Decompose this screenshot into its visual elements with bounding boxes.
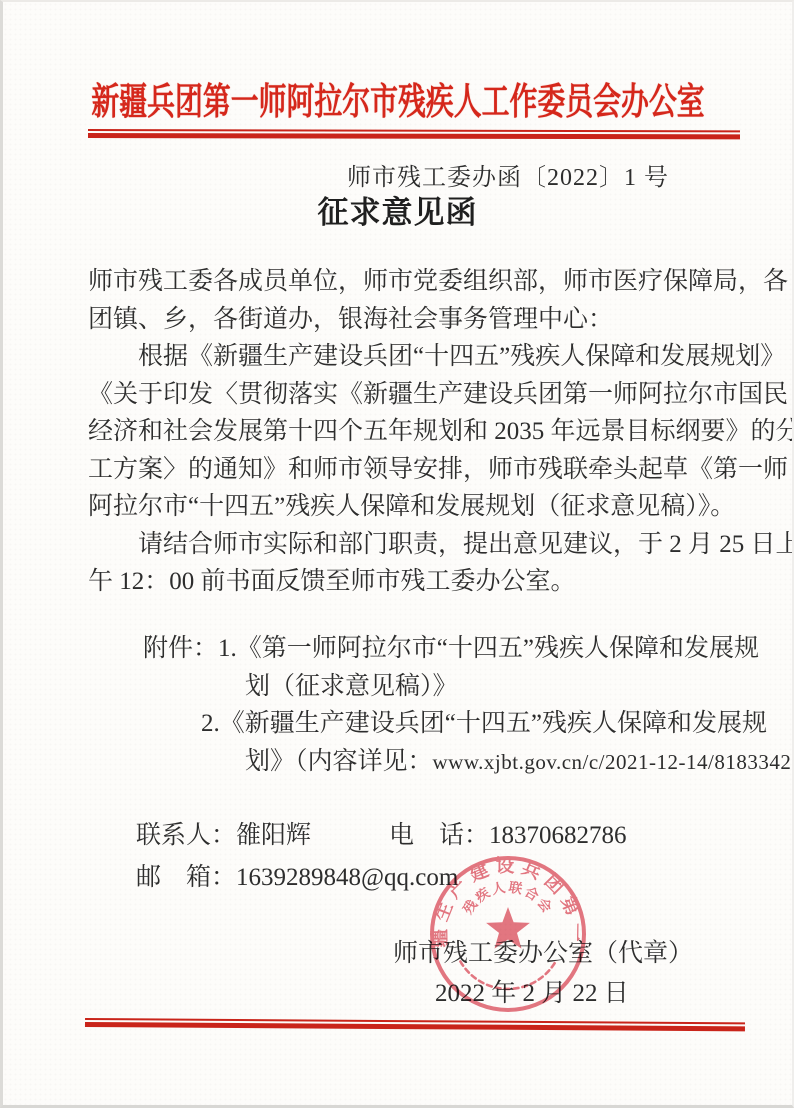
body-line: 阿拉尔市“十四五”残疾人保障和发展规划（征求意见稿）》。 — [88, 488, 748, 526]
contact-phone: 电 话：18370682786 — [389, 822, 627, 849]
signature-org: 师市残工委办公室（代章） — [393, 933, 693, 969]
contact-person: 联系人：雒阳辉 — [136, 822, 311, 849]
scanned-letter-page: 新疆兵团第一师阿拉尔市残疾人工作委员会办公室 师市残工委办函〔2022〕1 号 … — [0, 0, 794, 1108]
attachment-line: 划（征求意见稿）》 — [245, 668, 748, 706]
attachments-list: 附件：1.《第一师阿拉尔市“十四五”残疾人保障和发展规 划（征求意见稿）》 2.… — [88, 630, 748, 781]
header-rule-thick-line — [88, 133, 740, 139]
footer-rule — [85, 1018, 745, 1031]
body-line: 经济和社会发展第十四个五年规划和 2035 年远景目标纲要》的分 — [88, 413, 748, 451]
body-line: 根据《新疆生产建设兵团“十四五”残疾人保障和发展规划》 — [88, 338, 748, 376]
body-line: 请结合师市实际和部门职责，提出意见建议，于 2 月 25 日上 — [88, 526, 748, 564]
doc-title: 征求意见函 — [3, 187, 792, 232]
body-line: 师市残工委各成员单位，师市党委组织部，师市医疗保障局，各 — [88, 263, 748, 301]
attachment-line-prefix: 划》（内容详见： — [245, 748, 433, 775]
attachment-line: 附件：1.《第一师阿拉尔市“十四五”残疾人保障和发展规 — [143, 630, 748, 668]
contact-email: 邮 箱：1639289848@qq.com — [136, 864, 458, 891]
body-line: 午 12：00 前书面反馈至师市残工委办公室。 — [88, 563, 748, 601]
attachment-url: www.xjbt.gov.cn/c/2021-12-14/8183342.sht… — [433, 750, 794, 774]
header-rule — [88, 129, 740, 139]
body-text: 师市残工委各成员单位，师市党委组织部，师市医疗保障局，各 团镇、乡，各街道办，银… — [88, 263, 748, 601]
signature-date: 2022 年 2 月 22 日 — [435, 973, 629, 1009]
contact-info: 联系人：雒阳辉电 话：18370682786 邮 箱：1639289848@qq… — [136, 815, 736, 899]
body-line: 团镇、乡，各街道办，银海社会事务管理中心： — [88, 301, 748, 339]
attachment-line: 2.《新疆生产建设兵团“十四五”残疾人保障和发展规 — [201, 705, 748, 743]
contact-row: 邮 箱：1639289848@qq.com — [136, 857, 736, 899]
letterhead-title-text: 新疆兵团第一师阿拉尔市残疾人工作委员会办公室 — [91, 72, 704, 125]
contact-row: 联系人：雒阳辉电 话：18370682786 — [136, 815, 736, 857]
body-line: 《关于印发〈贯彻落实《新疆生产建设兵团第一师阿拉尔市国民 — [88, 376, 748, 414]
letterhead-title: 新疆兵团第一师阿拉尔市残疾人工作委员会办公室 — [3, 72, 792, 121]
attachment-line: 划》（内容详见：www.xjbt.gov.cn/c/2021-12-14/818… — [245, 743, 748, 782]
body-line: 工方案〉的通知》和师市领导安排，师市残联牵头起草《第一师 — [88, 451, 748, 489]
